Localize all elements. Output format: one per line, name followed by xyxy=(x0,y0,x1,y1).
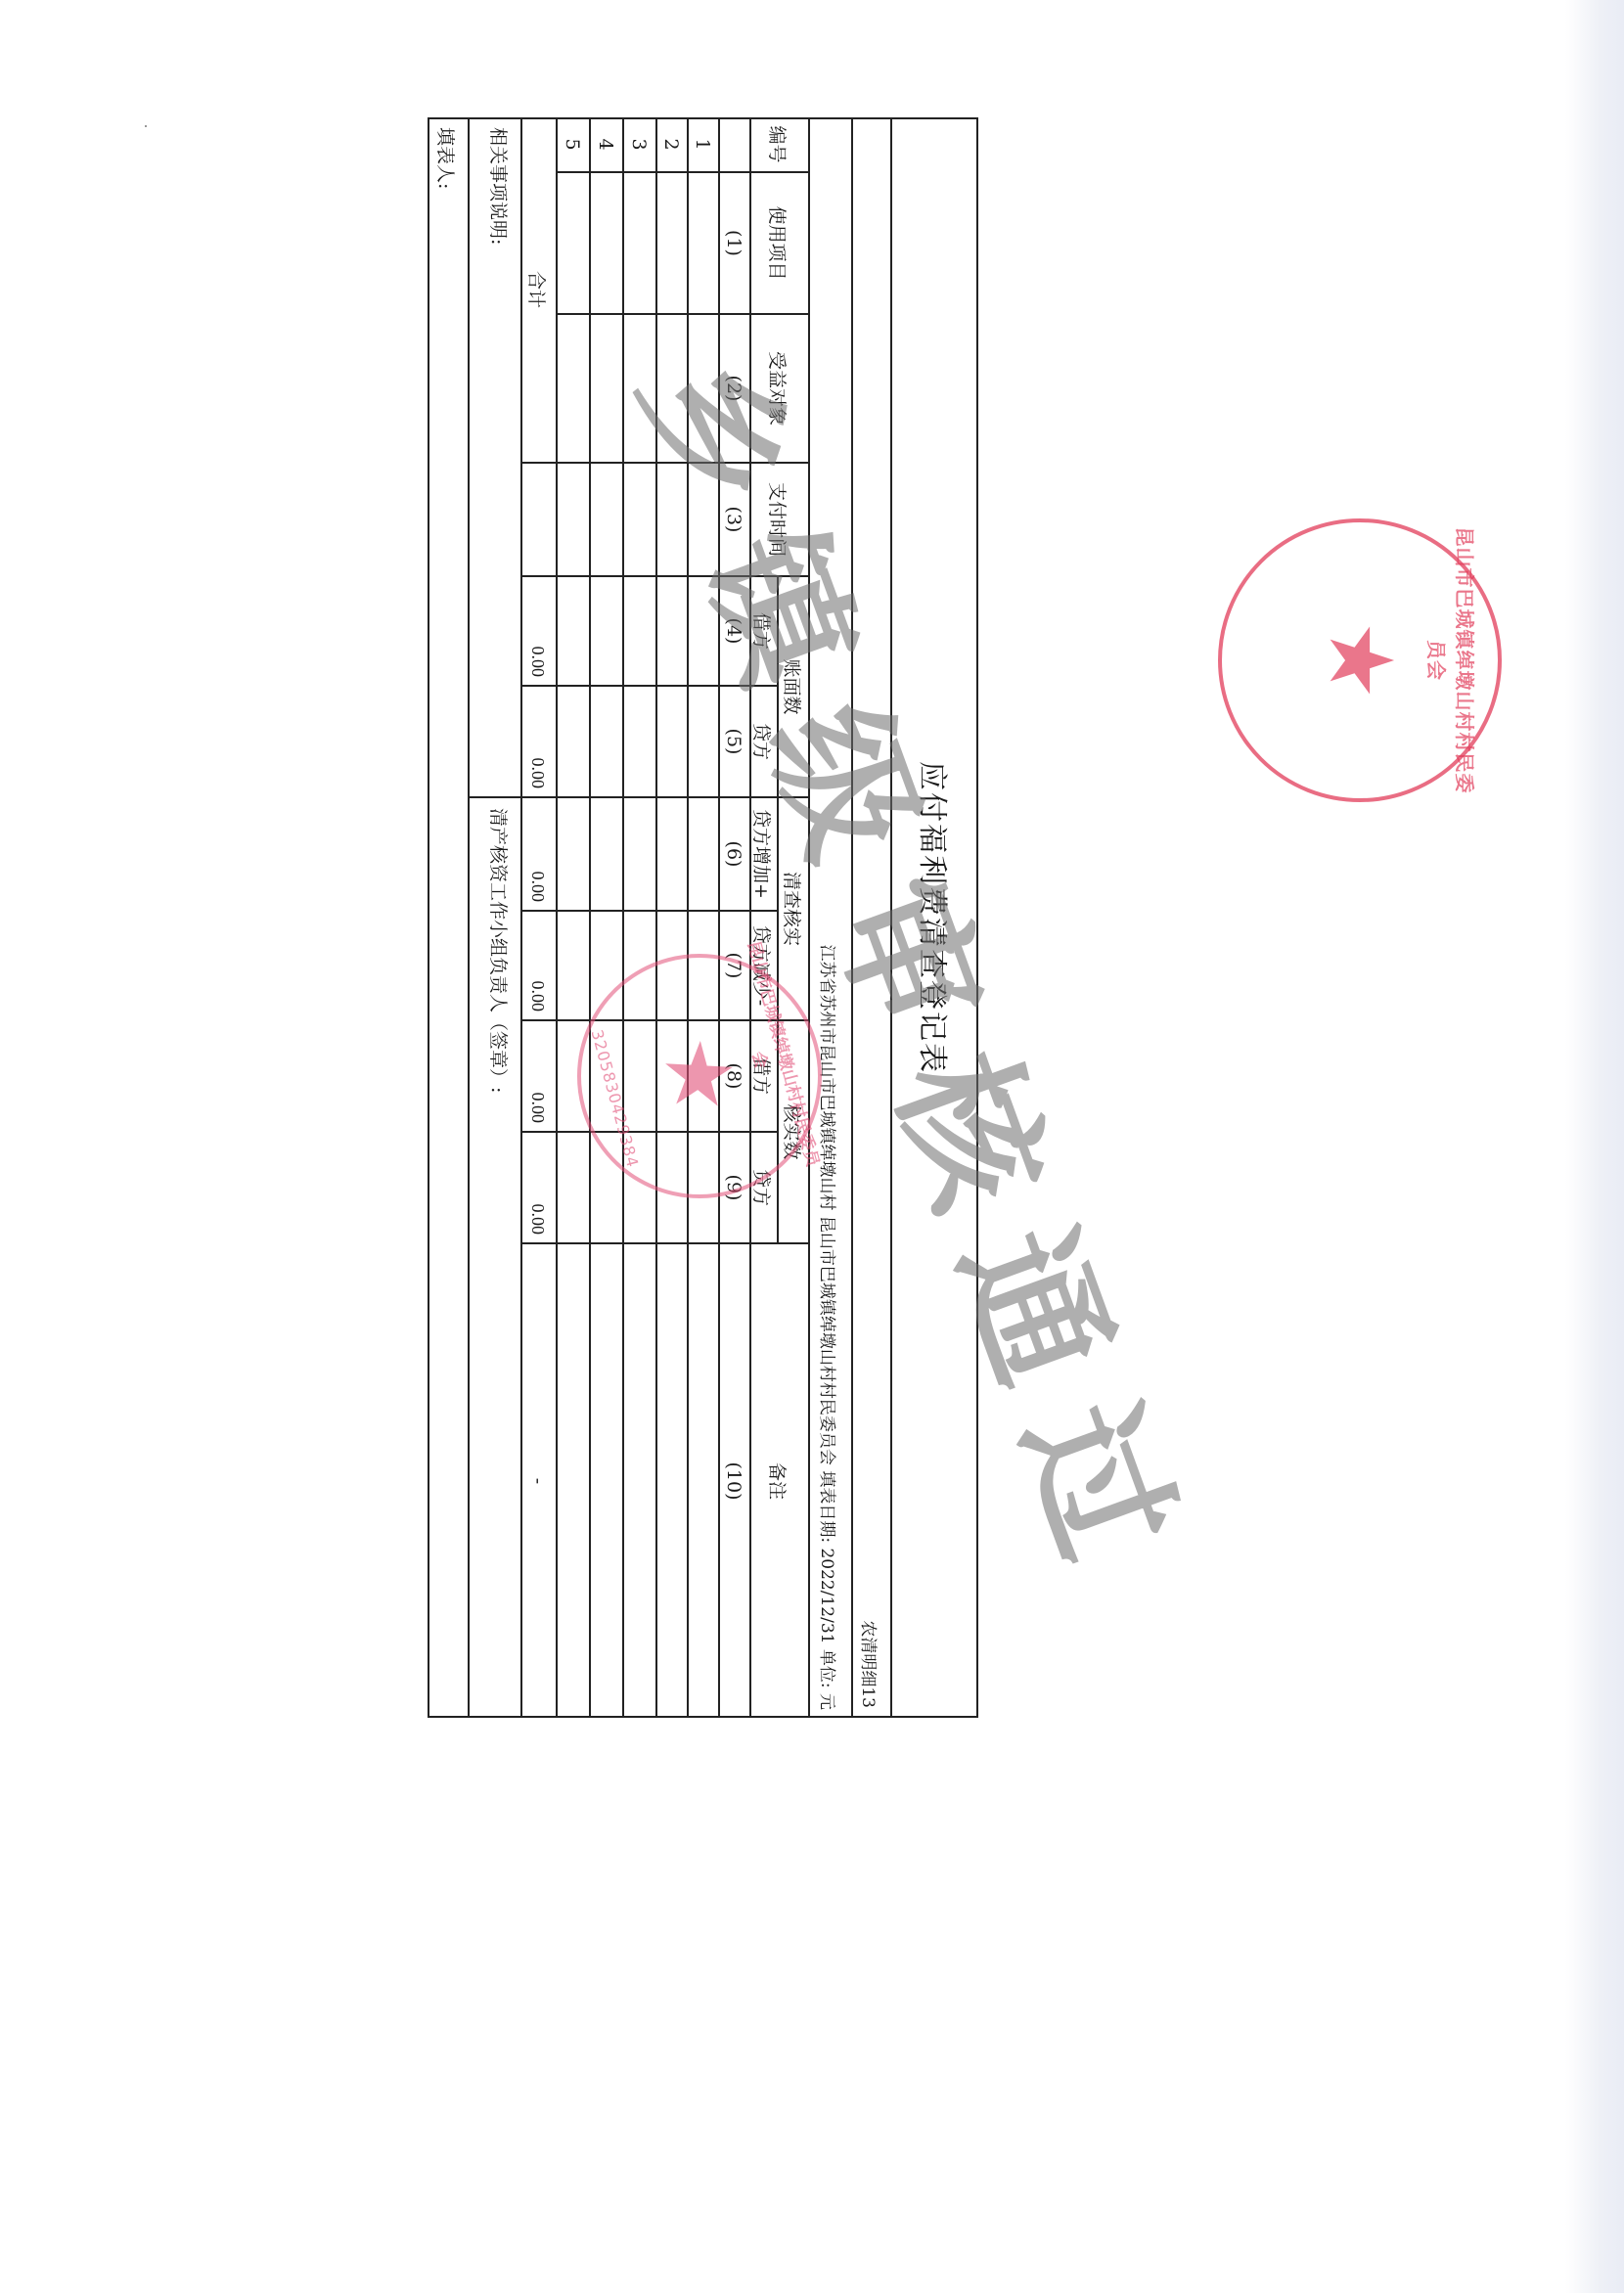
code-cell-empty xyxy=(718,117,749,171)
cell-no: 4 xyxy=(589,117,622,171)
cell-no: 5 xyxy=(556,117,589,171)
code-cell: (6) xyxy=(718,796,749,910)
cell-book-credit xyxy=(622,685,655,796)
filler-label: 填表人: xyxy=(426,117,468,1718)
total-book-debit: 0.00 xyxy=(520,575,556,685)
cell-remark xyxy=(589,1242,622,1718)
total-label: 合计 xyxy=(520,117,556,462)
total-remark: - xyxy=(520,1242,556,1718)
leader-signature-label: 清产核资工作小组负责人（签章）: xyxy=(468,796,520,1718)
cell-item xyxy=(655,171,687,313)
cell-book-debit xyxy=(556,575,589,685)
total-book-credit: 0.00 xyxy=(520,685,556,796)
notes-row: 相关事项说明: 清产核资工作小组负责人（签章）: xyxy=(468,117,522,1718)
cell-item xyxy=(556,171,589,313)
table-row: 2 xyxy=(655,117,689,1718)
cell-book-credit xyxy=(655,685,687,796)
code-cell: (1) xyxy=(718,171,749,313)
header-item: 使用项目 xyxy=(749,171,808,313)
scan-edge xyxy=(1565,0,1624,2293)
table-row: 5 xyxy=(556,117,591,1718)
cell-remark xyxy=(687,1242,718,1718)
cell-credit-increase xyxy=(622,796,655,910)
cell-credit-increase xyxy=(687,796,718,910)
total-verified-credit: 0.00 xyxy=(520,1131,556,1242)
cell-book-debit xyxy=(622,575,655,685)
star-icon: ★ xyxy=(1316,621,1404,700)
total-payment-time xyxy=(520,462,556,575)
star-icon: ★ xyxy=(647,1026,752,1125)
cell-credit-increase xyxy=(655,796,687,910)
cell-item xyxy=(687,171,718,313)
cell-remark xyxy=(622,1242,655,1718)
table-row: 4 xyxy=(589,117,624,1718)
cell-remark xyxy=(556,1242,589,1718)
header-remark: 备注 xyxy=(749,1242,808,1718)
total-credit-decrease: 0.00 xyxy=(520,910,556,1019)
cell-payment-time xyxy=(556,462,589,575)
cell-book-debit xyxy=(589,575,622,685)
cell-item xyxy=(589,171,622,313)
cell-book-credit xyxy=(687,685,718,796)
cell-beneficiary xyxy=(556,313,589,462)
stamp-text: 昆山市巴城镇绰墩山村村民委员会 xyxy=(1423,522,1480,798)
notes-label: 相关事项说明: xyxy=(468,117,520,796)
scan-speck xyxy=(145,125,147,127)
filler-row: 填表人: xyxy=(426,117,470,1718)
cell-book-credit xyxy=(589,685,622,796)
table-row: 3 xyxy=(622,117,657,1718)
cell-credit-increase xyxy=(556,796,589,910)
cell-no: 2 xyxy=(655,117,687,171)
cell-remark xyxy=(655,1242,687,1718)
cell-item xyxy=(622,171,655,313)
cell-credit-increase xyxy=(589,796,622,910)
cell-beneficiary xyxy=(589,313,622,462)
code-cell: (10) xyxy=(718,1242,749,1718)
header-index: 编号 xyxy=(749,117,808,171)
cell-verified-credit xyxy=(556,1131,589,1242)
cell-book-credit xyxy=(556,685,589,796)
cell-payment-time xyxy=(589,462,622,575)
cell-no: 3 xyxy=(622,117,655,171)
total-credit-increase: 0.00 xyxy=(520,796,556,910)
official-stamp: 昆山市巴城镇绰墩山村村民委员会 ★ xyxy=(1218,518,1502,802)
cell-no: 1 xyxy=(687,117,718,171)
total-verified-debit: 0.00 xyxy=(520,1019,556,1131)
total-row: 合计 0.00 0.00 0.00 0.00 0.00 0.00 - xyxy=(520,117,558,1718)
